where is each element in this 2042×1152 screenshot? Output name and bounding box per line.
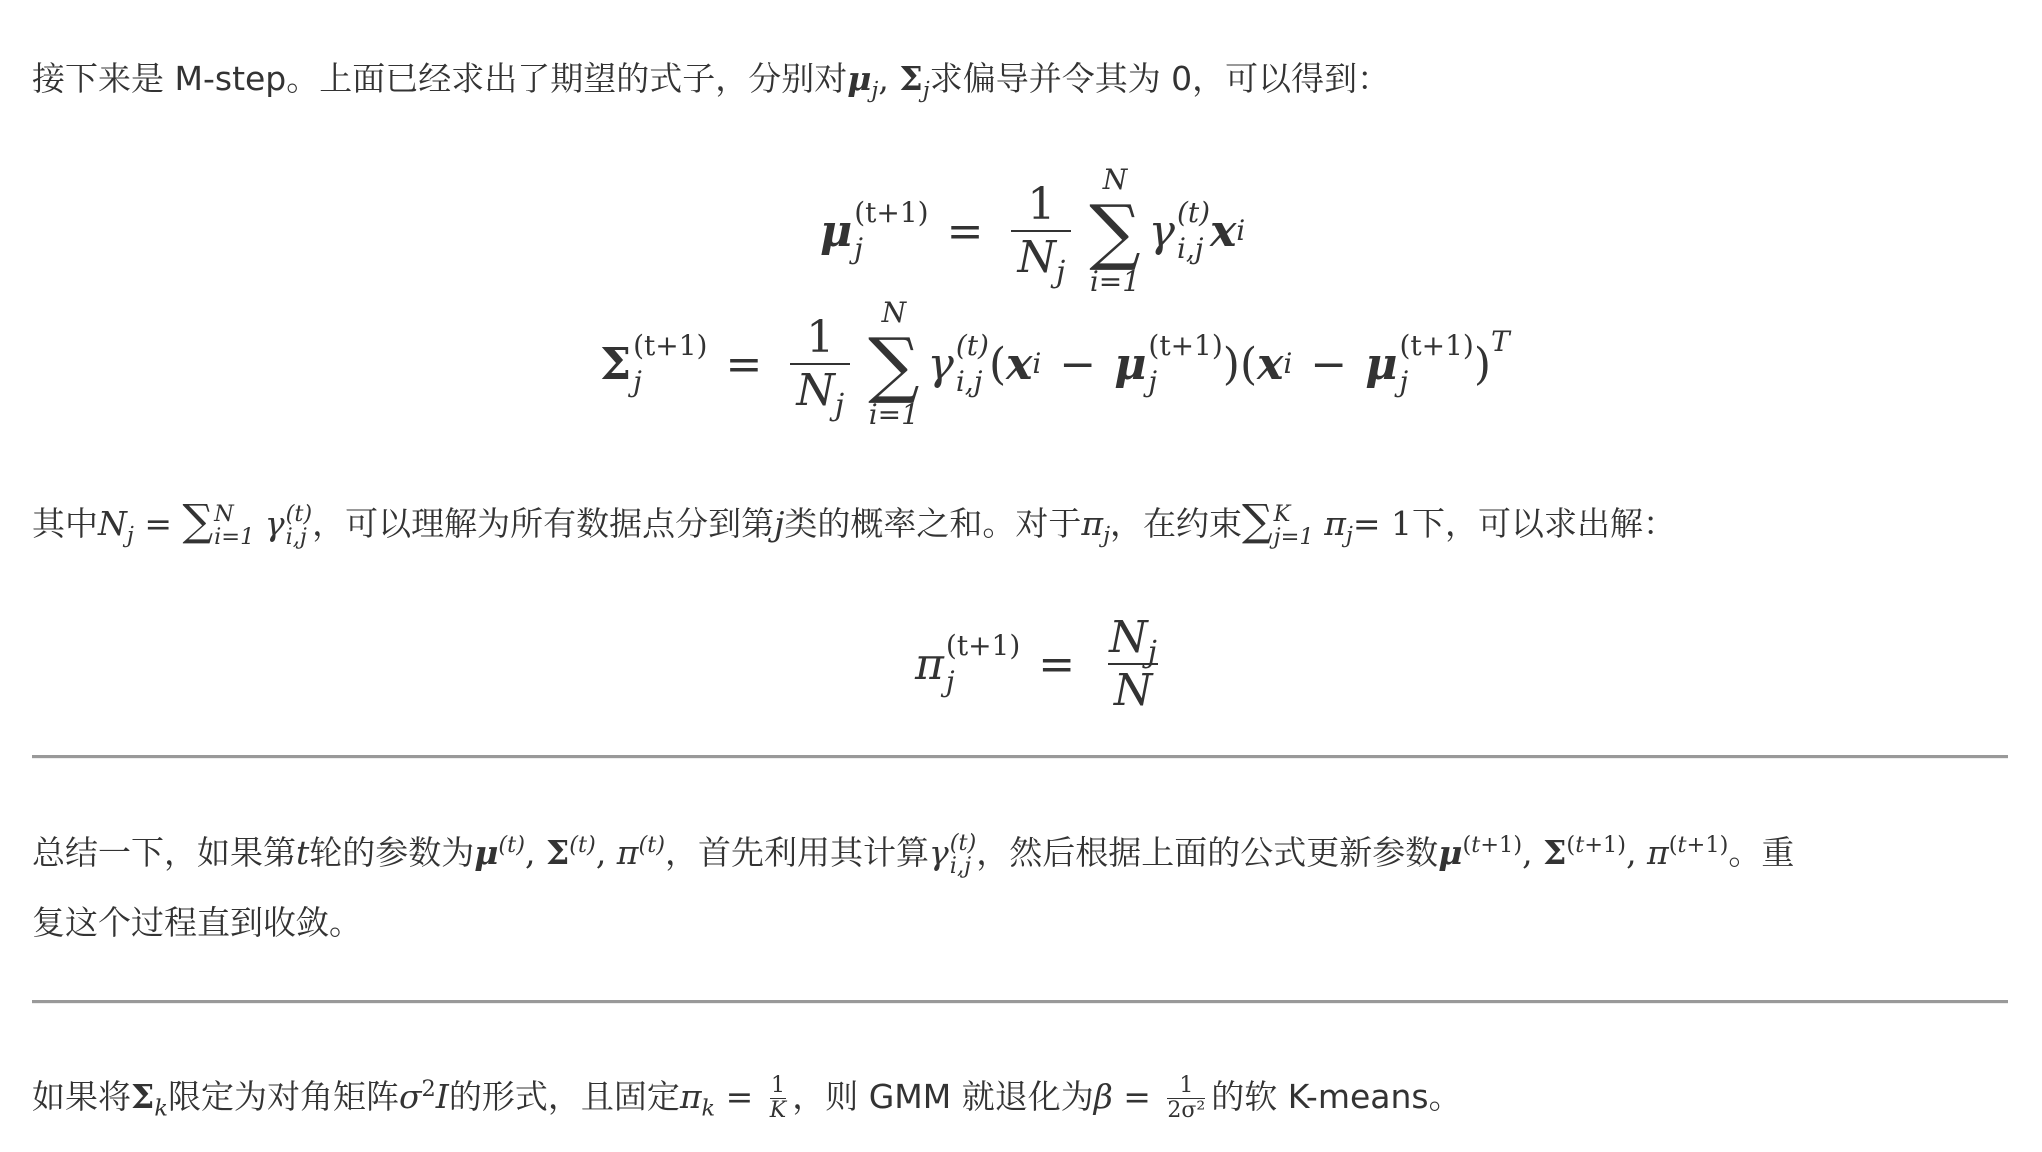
math-equals: = [725, 339, 762, 390]
math-supsub: (t) i,j [1177, 198, 1210, 264]
equation-sigma-update: Σ (t+1) j = 1 Nj N ∑ i=1 γ (t) i,j (xi −… [600, 298, 1510, 430]
math-sigma: Σ [899, 59, 922, 98]
text: 接下来是 M-step。上面已经求出了期望的式子，分别对 [32, 59, 847, 98]
paragraph-m-step-intro: 接下来是 M-step。上面已经求出了期望的式子，分别对μj, Σj求偏导并令其… [32, 44, 1390, 114]
math-fraction: 1 Nj [790, 312, 850, 416]
paragraph-nj-definition: 其中Nj = ∑Ni=1 γ(t)i,j，可以理解为所有数据点分到第j类的概率之… [32, 486, 1676, 559]
math-gamma: γ [928, 339, 954, 390]
math-supsub: (t) i,j [956, 331, 989, 397]
math-fraction: 1 Nj [1011, 179, 1071, 283]
math-sub: j [923, 78, 930, 104]
math-comma: , [878, 59, 899, 98]
horizontal-rule [32, 1000, 2008, 1004]
math-fraction: Nj N [1103, 612, 1163, 716]
equation-mu-update: μ (t+1) j = 1 Nj N ∑ i=1 γ (t) i,j xi [820, 165, 1245, 297]
paragraph-summary-line2: 复这个过程直到收敛。 [32, 888, 362, 958]
math-sigma: Σ [600, 339, 631, 390]
math-supsub: (t+1) j [854, 198, 928, 264]
math-gamma: γ [1149, 206, 1175, 257]
math-supsub: (t+1) j [633, 331, 707, 397]
math-x: x [1210, 206, 1236, 257]
equation-pi-update: π (t+1) j = Nj N [915, 612, 1173, 716]
math-summation: N ∑ i=1 [1089, 165, 1140, 297]
math-mu: μ [820, 206, 852, 257]
math-mu: μ [847, 59, 871, 98]
horizontal-rule [32, 755, 2008, 759]
paragraph-summary: 总结一下，如果第t轮的参数为μ(t), Σ(t), π(t)，首先利用其计算γ(… [32, 818, 1794, 888]
math-equals: = [947, 206, 984, 257]
text: 求偏导并令其为 0，可以得到： [930, 59, 1391, 98]
math-summation: N ∑ i=1 [868, 298, 919, 430]
paragraph-kmeans-relation: 如果将Σk限定为对角矩阵σ2I的形式，且固定πk = 1K，则 GMM 就退化为… [32, 1062, 1462, 1132]
